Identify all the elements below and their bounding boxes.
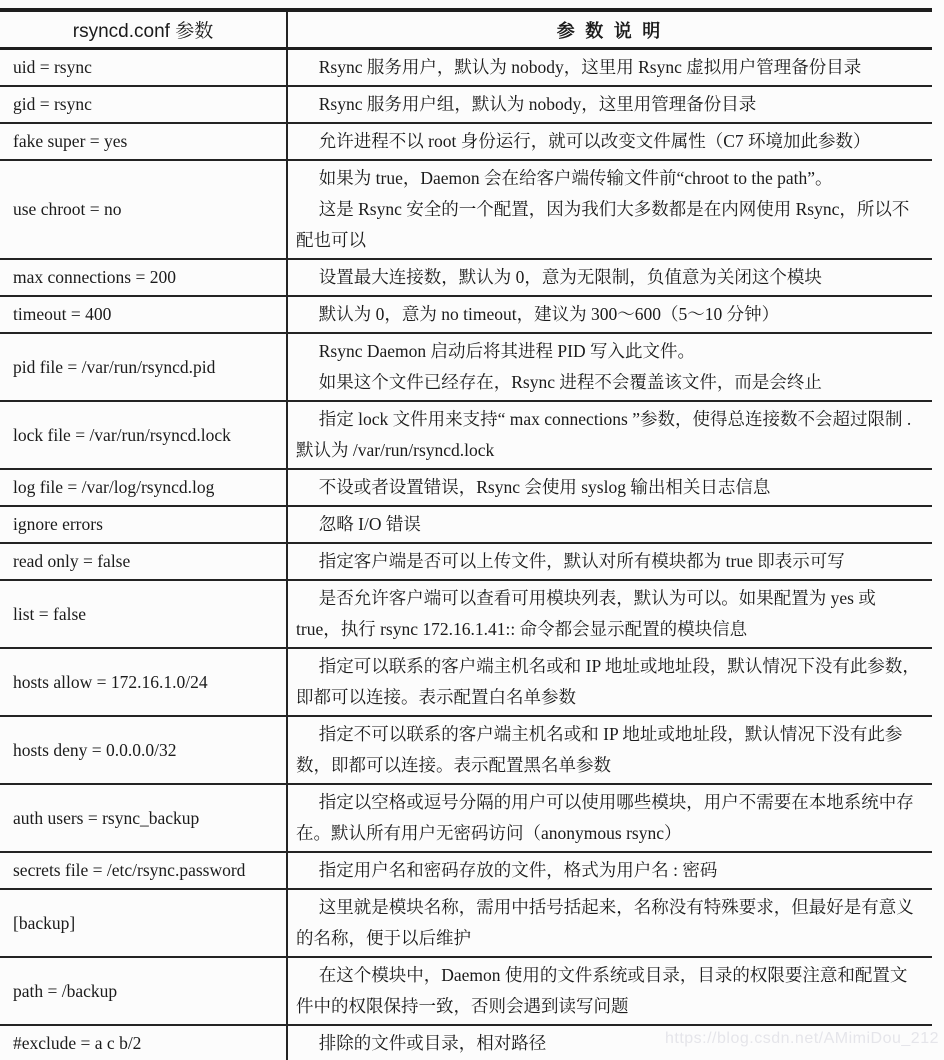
desc-cell: 指定用户名和密码存放的文件，格式为用户名 : 密码: [287, 852, 932, 889]
param-cell: lock file = /var/run/rsyncd.lock: [0, 401, 287, 469]
table-row: list = false 是否允许客户端可以查看可用模块列表，默认为可以。如果配…: [0, 580, 932, 648]
desc-paragraph: 不设或者设置错误，Rsync 会使用 syslog 输出相关日志信息: [296, 472, 922, 503]
desc-cell: 设置最大连接数，默认为 0，意为无限制，负值意为关闭这个模块: [287, 259, 932, 296]
param-cell: fake super = yes: [0, 123, 287, 160]
desc-paragraph: Rsync 服务用户组，默认为 nobody，这里用管理备份目录: [296, 89, 922, 120]
desc-cell: Rsync 服务用户组，默认为 nobody，这里用管理备份目录: [287, 86, 932, 123]
rsyncd-conf-table: rsyncd.conf 参数 参 数 说 明 uid = rsync Rsync…: [0, 8, 932, 1060]
desc-cell: 指定 lock 文件用来支持“ max connections ”参数，使得总连…: [287, 401, 932, 469]
desc-cell: 指定客户端是否可以上传文件，默认对所有模块都为 true 即表示可写: [287, 543, 932, 580]
desc-cell: 指定可以联系的客户端主机名或和 IP 地址或地址段，默认情况下没有此参数，即都可…: [287, 648, 932, 716]
table-row: read only = false 指定客户端是否可以上传文件，默认对所有模块都…: [0, 543, 932, 580]
table-row: [backup] 这里就是模块名称，需用中括号括起来，名称没有特殊要求，但最好是…: [0, 889, 932, 957]
desc-cell: 允许进程不以 root 身份运行，就可以改变文件属性（C7 环境加此参数）: [287, 123, 932, 160]
table-row: use chroot = no 如果为 true，Daemon 会在给客户端传输…: [0, 160, 932, 259]
table-row: timeout = 400 默认为 0，意为 no timeout，建议为 30…: [0, 296, 932, 333]
param-cell: timeout = 400: [0, 296, 287, 333]
desc-cell: 如果为 true，Daemon 会在给客户端传输文件前“chroot to th…: [287, 160, 932, 259]
table-row: hosts allow = 172.16.1.0/24 指定可以联系的客户端主机…: [0, 648, 932, 716]
param-cell: #exclude = a c b/2: [0, 1025, 287, 1060]
desc-paragraph: 设置最大连接数，默认为 0，意为无限制，负值意为关闭这个模块: [296, 262, 922, 293]
param-cell: auth users = rsync_backup: [0, 784, 287, 852]
table-row: path = /backup 在这个模块中，Daemon 使用的文件系统或目录，…: [0, 957, 932, 1025]
desc-paragraph: 这里就是模块名称，需用中括号括起来，名称没有特殊要求，但最好是有意义的名称，便于…: [296, 892, 922, 954]
desc-cell: 是否允许客户端可以查看可用模块列表，默认为可以。如果配置为 yes 或 true…: [287, 580, 932, 648]
desc-paragraph: 如果为 true，Daemon 会在给客户端传输文件前“chroot to th…: [296, 163, 922, 194]
table-row: max connections = 200 设置最大连接数，默认为 0，意为无限…: [0, 259, 932, 296]
param-cell: log file = /var/log/rsyncd.log: [0, 469, 287, 506]
desc-paragraph: 这是 Rsync 安全的一个配置，因为我们大多数都是在内网使用 Rsync，所以…: [296, 194, 922, 256]
desc-paragraph: 忽略 I/O 错误: [296, 509, 922, 540]
desc-cell: 排除的文件或目录，相对路径: [287, 1025, 932, 1060]
desc-cell: 指定不可以联系的客户端主机名或和 IP 地址或地址段，默认情况下没有此参数，即都…: [287, 716, 932, 784]
param-cell: read only = false: [0, 543, 287, 580]
table-row: gid = rsync Rsync 服务用户组，默认为 nobody，这里用管理…: [0, 86, 932, 123]
param-cell: use chroot = no: [0, 160, 287, 259]
param-cell: hosts allow = 172.16.1.0/24: [0, 648, 287, 716]
desc-paragraph: Rsync 服务用户，默认为 nobody，这里用 Rsync 虚拟用户管理备份…: [296, 52, 922, 83]
table-row: secrets file = /etc/rsync.password 指定用户名…: [0, 852, 932, 889]
param-cell: pid file = /var/run/rsyncd.pid: [0, 333, 287, 401]
param-cell: secrets file = /etc/rsync.password: [0, 852, 287, 889]
table-row: log file = /var/log/rsyncd.log 不设或者设置错误，…: [0, 469, 932, 506]
desc-paragraph: 指定客户端是否可以上传文件，默认对所有模块都为 true 即表示可写: [296, 546, 922, 577]
desc-paragraph: 指定可以联系的客户端主机名或和 IP 地址或地址段，默认情况下没有此参数，即都可…: [296, 651, 922, 713]
table-row: auth users = rsync_backup 指定以空格或逗号分隔的用户可…: [0, 784, 932, 852]
desc-paragraph: 允许进程不以 root 身份运行，就可以改变文件属性（C7 环境加此参数）: [296, 126, 922, 157]
desc-paragraph: 默认为 0，意为 no timeout，建议为 300～600（5～10 分钟）: [296, 299, 922, 330]
desc-paragraph: 在这个模块中，Daemon 使用的文件系统或目录，目录的权限要注意和配置文件中的…: [296, 960, 922, 1022]
param-cell: [backup]: [0, 889, 287, 957]
column-header-param: rsyncd.conf 参数: [0, 10, 287, 49]
desc-cell: 默认为 0，意为 no timeout，建议为 300～600（5～10 分钟）: [287, 296, 932, 333]
table-row: hosts deny = 0.0.0.0/32 指定不可以联系的客户端主机名或和…: [0, 716, 932, 784]
header-row: rsyncd.conf 参数 参 数 说 明: [0, 10, 932, 49]
table-row: lock file = /var/run/rsyncd.lock 指定 lock…: [0, 401, 932, 469]
desc-paragraph: Rsync Daemon 启动后将其进程 PID 写入此文件。: [296, 336, 922, 367]
desc-cell: 指定以空格或逗号分隔的用户可以使用哪些模块，用户不需要在本地系统中存在。默认所有…: [287, 784, 932, 852]
param-cell: gid = rsync: [0, 86, 287, 123]
column-header-desc: 参 数 说 明: [287, 10, 932, 49]
param-cell: max connections = 200: [0, 259, 287, 296]
table-row: pid file = /var/run/rsyncd.pid Rsync Dae…: [0, 333, 932, 401]
desc-paragraph: 指定 lock 文件用来支持“ max connections ”参数，使得总连…: [296, 404, 922, 466]
desc-paragraph: 是否允许客户端可以查看可用模块列表，默认为可以。如果配置为 yes 或 true…: [296, 583, 922, 645]
table-row: #exclude = a c b/2 排除的文件或目录，相对路径: [0, 1025, 932, 1060]
param-cell: list = false: [0, 580, 287, 648]
desc-paragraph: 指定用户名和密码存放的文件，格式为用户名 : 密码: [296, 855, 922, 886]
desc-cell: 在这个模块中，Daemon 使用的文件系统或目录，目录的权限要注意和配置文件中的…: [287, 957, 932, 1025]
desc-cell: 不设或者设置错误，Rsync 会使用 syslog 输出相关日志信息: [287, 469, 932, 506]
desc-cell: Rsync Daemon 启动后将其进程 PID 写入此文件。 如果这个文件已经…: [287, 333, 932, 401]
param-cell: uid = rsync: [0, 49, 287, 87]
table-row: fake super = yes 允许进程不以 root 身份运行，就可以改变文…: [0, 123, 932, 160]
desc-paragraph: 指定不可以联系的客户端主机名或和 IP 地址或地址段，默认情况下没有此参数，即都…: [296, 719, 922, 781]
desc-cell: 这里就是模块名称，需用中括号括起来，名称没有特殊要求，但最好是有意义的名称，便于…: [287, 889, 932, 957]
document-page: rsyncd.conf 参数 参 数 说 明 uid = rsync Rsync…: [0, 0, 944, 1060]
desc-cell: Rsync 服务用户，默认为 nobody，这里用 Rsync 虚拟用户管理备份…: [287, 49, 932, 87]
table-row: ignore errors 忽略 I/O 错误: [0, 506, 932, 543]
desc-paragraph: 如果这个文件已经存在，Rsync 进程不会覆盖该文件，而是会终止: [296, 367, 922, 398]
param-cell: path = /backup: [0, 957, 287, 1025]
desc-cell: 忽略 I/O 错误: [287, 506, 932, 543]
param-cell: hosts deny = 0.0.0.0/32: [0, 716, 287, 784]
desc-paragraph: 排除的文件或目录，相对路径: [296, 1028, 922, 1059]
desc-paragraph: 指定以空格或逗号分隔的用户可以使用哪些模块，用户不需要在本地系统中存在。默认所有…: [296, 787, 922, 849]
param-cell: ignore errors: [0, 506, 287, 543]
table-row: uid = rsync Rsync 服务用户，默认为 nobody，这里用 Rs…: [0, 49, 932, 87]
